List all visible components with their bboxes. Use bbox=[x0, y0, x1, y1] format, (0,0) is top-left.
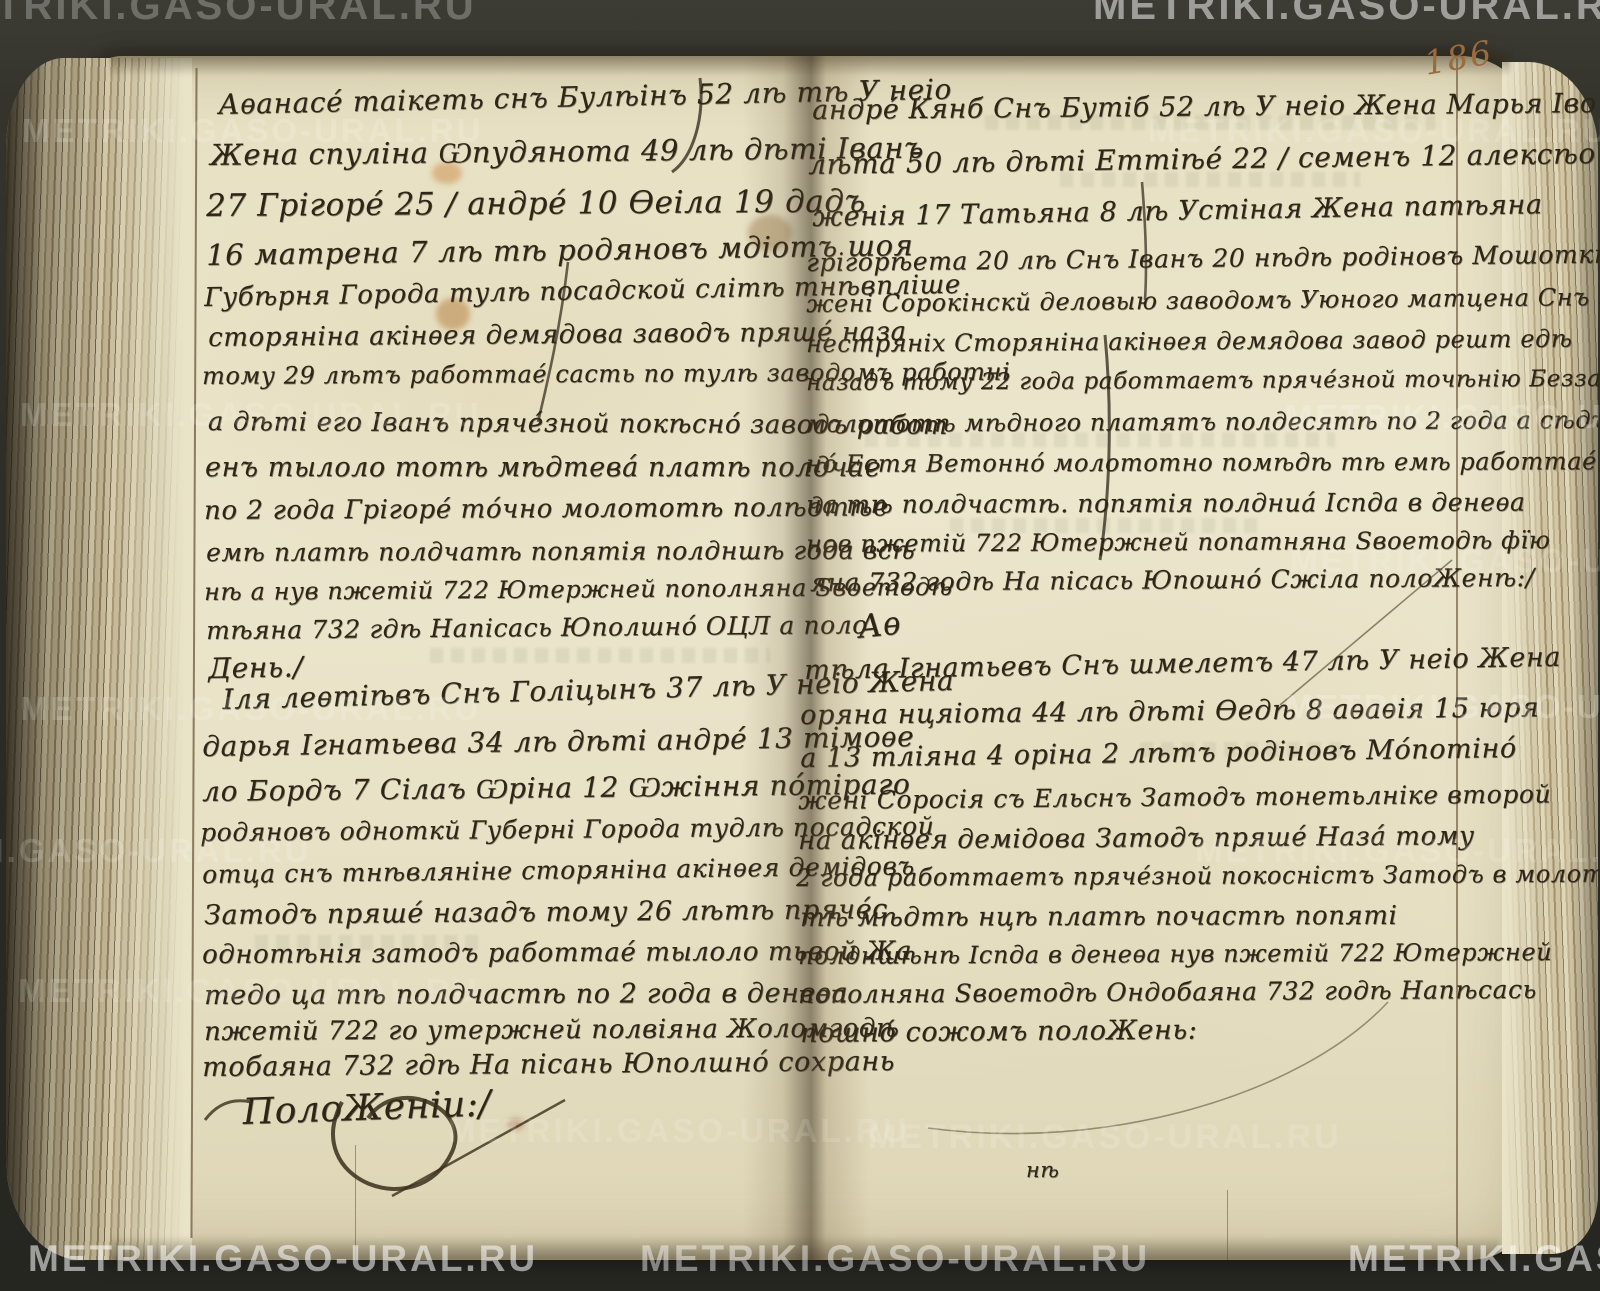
manuscript-line: нестряніх Сторяніна акінѳея демядова зав… bbox=[806, 325, 1573, 358]
manuscript-line: женія 17 Татьяна 8 лѣ Устіная Жена патѣя… bbox=[812, 189, 1543, 233]
manuscript-line: тѣла Ігнатьевъ Снъ шмелетъ 47 лѣ У неіо … bbox=[804, 642, 1561, 686]
manuscript-line: на акінѳея демідова Затодъ пряше́ Наза́ … bbox=[798, 821, 1475, 856]
manuscript-line: ча тѣ полдчастѣ. попятія полдниа́ Іспда … bbox=[806, 487, 1526, 519]
manuscript-line: пополняна Ѕвоетодѣ Ондобаяна 732 годѣ На… bbox=[798, 975, 1537, 1009]
manuscript-line: оряна нцяіота 44 лѣ дѣті Ѳедѣ 8 аѳаѳія 1… bbox=[800, 692, 1540, 731]
manuscript-line: Аѳ bbox=[856, 603, 903, 645]
manuscript-line: жені Сорокінскй деловыю заводомъ Уюного … bbox=[806, 283, 1590, 318]
manuscript-line: а 13 тліяна 4 оріна 2 лѣтъ родіновъ Мо́п… bbox=[800, 733, 1517, 774]
manuscript-line: грігорѣета 20 лѣ Снъ Іванъ 20 нѣдѣ родін… bbox=[806, 239, 1600, 277]
manuscript-line: пошно́ сожомъ полоЖень: bbox=[800, 1015, 1198, 1049]
right-page-text: андре́ Кянб Снъ Бутіб 52 лѣ У неіо Жена … bbox=[0, 0, 1600, 1291]
manuscript-line: тѣ мѣдтѣ нцѣ платѣ почастѣ попяті bbox=[800, 901, 1398, 933]
manuscript-line: назадъ тому 22 года работтаетъ пряче́зно… bbox=[806, 366, 1600, 396]
manuscript-line: нѣ bbox=[1026, 1158, 1060, 1182]
manuscript-line: полдншѣнѣ Іспда в денеѳа нув пжетій 722 … bbox=[798, 938, 1552, 970]
manuscript-line: но́ Естя Ветонно́ молототно помѣдѣ тѣ ем… bbox=[806, 447, 1597, 478]
manuscript-line: нов пжетій 722 Ютержней попатняна Ѕвоето… bbox=[806, 526, 1551, 558]
manuscript-line: 2 года работтаетъ пряче́зной покосністъ … bbox=[796, 860, 1600, 892]
manuscript-line: яна 732 годѣ На пісась Юпошно́ Сжіла пол… bbox=[810, 563, 1535, 597]
manuscript-line: молототѣ мѣдного платятъ полдесятѣ по 2 … bbox=[806, 406, 1600, 438]
manuscript-line: лѣта 50 лѣ дѣті Еттіѣе́ 22 / семенъ 12 а… bbox=[808, 137, 1596, 181]
manuscript-line: жені Соросія съ Ельснъ Затодъ тонетьлнік… bbox=[798, 779, 1551, 815]
manuscript-line: андре́ Кянб Снъ Бутіб 52 лѣ У неіо Жена … bbox=[812, 88, 1597, 126]
manuscript-photo: 186 Аѳанасе́ таікеть снъ Булѣінъ 52 лѣ т… bbox=[0, 0, 1600, 1291]
